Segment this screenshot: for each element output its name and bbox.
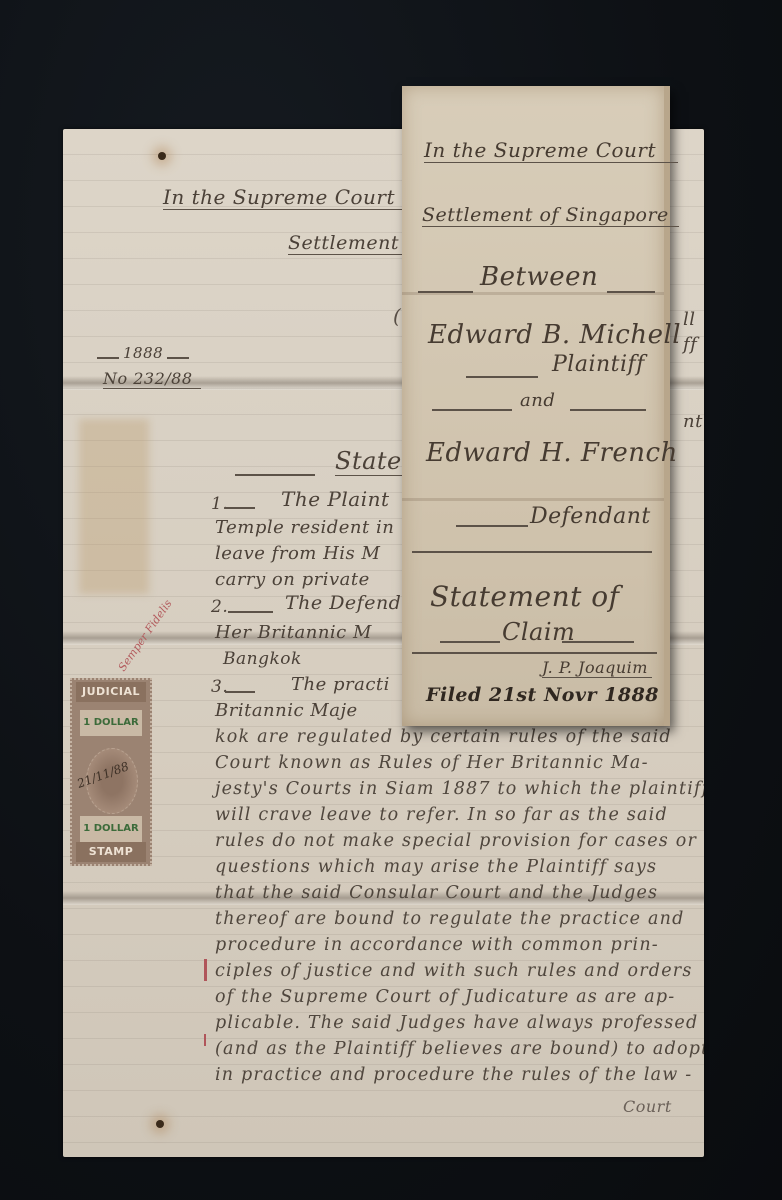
case-number: No 232/88 [103,369,201,389]
right-fragment: nt [683,411,703,432]
conjunction-and: and [520,390,555,411]
catchword: Court [623,1097,672,1116]
red-margin-mark [204,1034,206,1046]
plaintiff-role: Plaintiff [552,352,645,377]
cover-settlement: Settlement of Singapore [422,204,679,227]
defendant-name: Edward H. French [426,438,678,468]
cover-court: In the Supreme Court [424,138,678,163]
punch-hole [158,152,166,160]
filed-date: Filed 21st Novr 1888 [426,684,659,706]
defendant-role: Defendant [530,504,651,529]
right-fragment: ll [683,309,696,330]
para-number: 2. [211,597,228,617]
stamp-bottom-label: STAMP [76,842,146,862]
age-stain [79,419,149,594]
signature: J. P. Joaquim [542,658,652,678]
cover-docket: In the Supreme Court Settlement of Singa… [402,86,670,726]
red-margin-mark [204,959,207,981]
judicial-stamp: JUDICIAL 1 DOLLAR 21/11/88 1 DOLLAR STAM… [70,678,152,866]
document-title: Statement of [430,580,619,613]
punch-hole [156,1120,164,1128]
cover-between: Between [480,262,598,292]
para-number: 1. [211,494,228,514]
plaintiff-name: Edward B. Michell [428,320,681,350]
year: 1888 [123,344,163,362]
right-fragment: ff [683,334,697,355]
para-number: 3. [211,677,228,697]
stamp-value-top: 1 DOLLAR [80,710,142,736]
stamp-top-label: JUDICIAL [76,682,146,702]
stamp-value-bottom: 1 DOLLAR [80,816,142,842]
